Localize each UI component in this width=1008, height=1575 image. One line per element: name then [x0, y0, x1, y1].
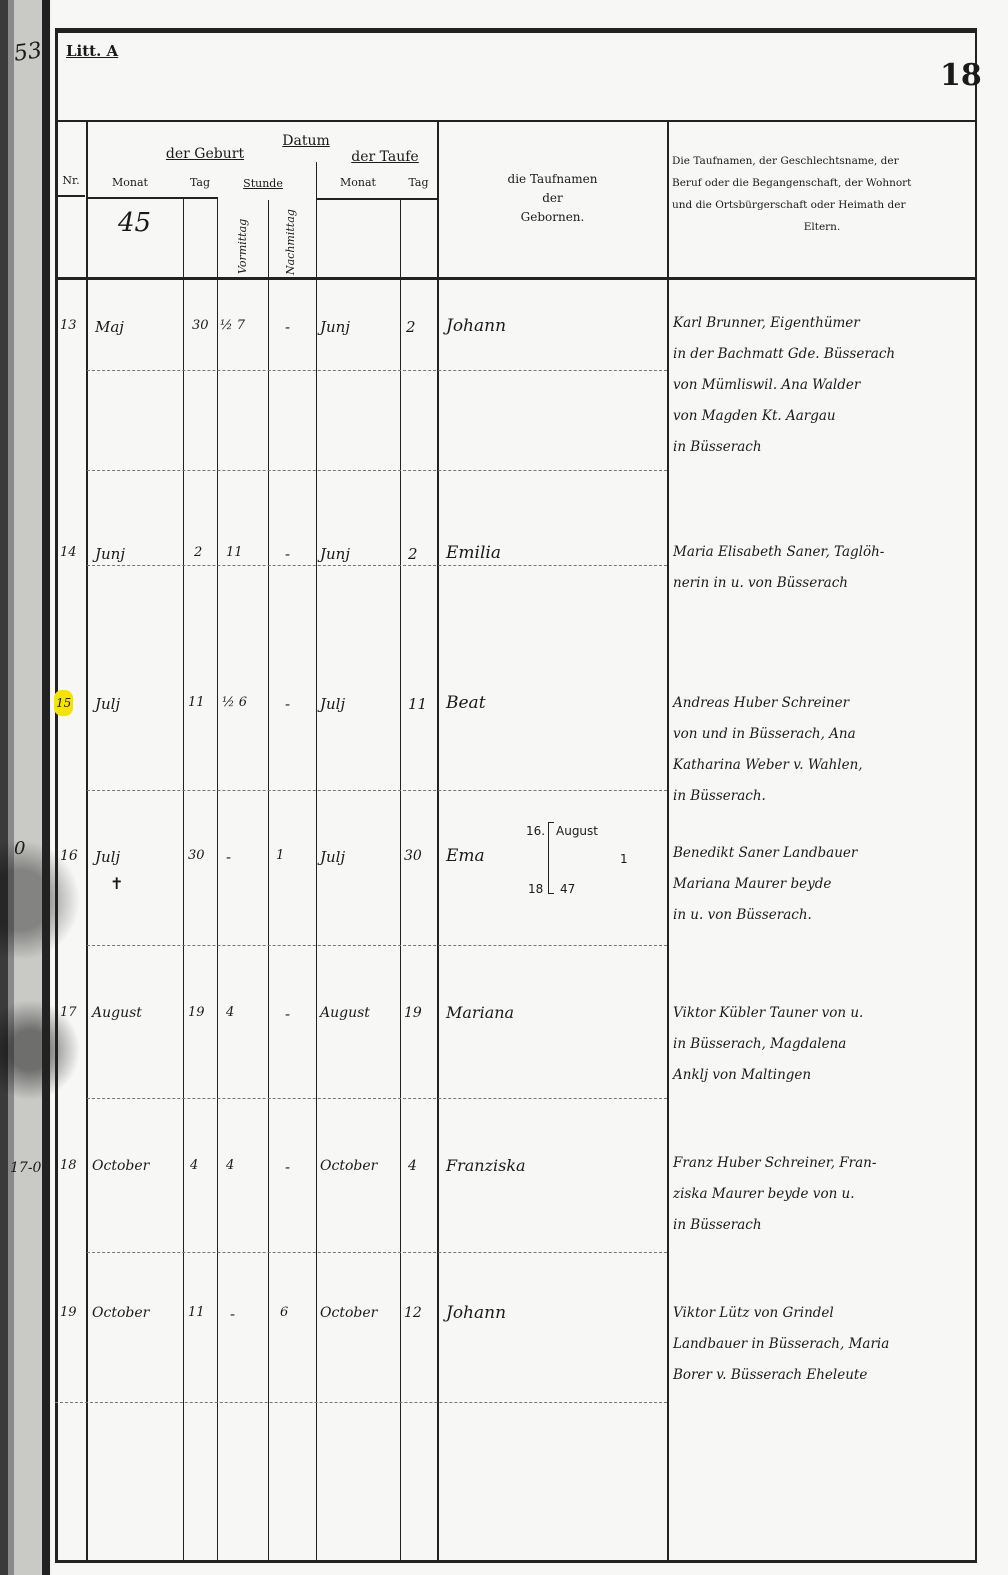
entry-birth-month: August — [92, 1005, 142, 1021]
parents-line: Viktor Lütz von Grindel — [673, 1298, 889, 1329]
binding-edge — [42, 0, 50, 1575]
parents-line: nerin in u. von Büsserach — [673, 568, 884, 599]
entry-name: Emilia — [446, 543, 501, 563]
col-line-taufe-monat — [400, 198, 401, 1562]
parents-line: Andreas Huber Schreiner — [673, 688, 863, 719]
header-taufe-monat: Monat — [316, 174, 400, 192]
litt-label: Litt. A — [66, 42, 118, 60]
entry-nr: 18 — [60, 1158, 77, 1173]
row-guide — [87, 565, 667, 566]
entry-birth-day: 11 — [188, 1305, 205, 1320]
parents-line: von Mümliswil. Ana Walder — [673, 370, 895, 401]
entry-nr-highlighted: 15 — [54, 690, 73, 716]
header-taufnamen-line: der — [440, 189, 665, 208]
geburt-sub-line — [87, 197, 217, 199]
entry-birth-month: October — [92, 1158, 149, 1174]
death-note-century: 18 — [528, 878, 543, 900]
parents-line: Katharina Weber v. Wahlen, — [673, 750, 863, 781]
parents-line: von und in Büsserach, Ana — [673, 719, 863, 750]
header-eltern-line: Eltern. — [672, 216, 972, 238]
entry-baptism-month: Julj — [320, 695, 345, 713]
entry-baptism-month: Junj — [320, 318, 350, 336]
entry-name: Ema — [446, 846, 485, 866]
entry-birth-month: October — [92, 1305, 149, 1321]
header-nr: Nr. — [57, 172, 85, 190]
header-bottom-line — [55, 277, 977, 280]
parents-line: in Büsserach, Magdalena — [673, 1029, 863, 1060]
row-guide — [87, 1252, 667, 1253]
entry-birth-month: Maj — [95, 318, 124, 336]
col-line-taufnamen — [667, 120, 669, 1562]
entry-birth-day: 4 — [190, 1158, 198, 1173]
parents-line: Karl Brunner, Eigenthümer — [673, 308, 895, 339]
death-note-month: August — [556, 820, 598, 842]
parents-line: von Magden Kt. Aargau — [673, 401, 895, 432]
entry-hour-pm: - — [285, 695, 290, 713]
entry-hour-am: ½ 6 — [222, 695, 247, 710]
entry-parents: Karl Brunner, Eigenthümer in der Bachmat… — [673, 308, 895, 463]
entry-baptism-month: Junj — [320, 545, 350, 563]
margin-note: 17-0 — [10, 1160, 41, 1176]
entry-birth-month: Julj — [95, 848, 120, 866]
entry-baptism-month: October — [320, 1305, 377, 1321]
entry-name: Johann — [446, 316, 506, 336]
parents-line: Landbauer in Büsserach, Maria — [673, 1329, 889, 1360]
row-guide — [87, 945, 667, 946]
entry-baptism-day: 30 — [404, 848, 422, 864]
entry-hour-am: ½ 7 — [220, 318, 245, 333]
page-number: 18 — [940, 58, 982, 93]
col-line-nr — [86, 120, 88, 1562]
entry-baptism-day: 12 — [404, 1305, 422, 1321]
entry-baptism-month: August — [320, 1005, 370, 1021]
entry-birth-month: Julj — [95, 695, 120, 713]
col-line-nachmittag — [316, 162, 317, 1562]
header-der-taufe: der Taufe — [335, 146, 435, 168]
entry-hour-pm: - — [285, 318, 290, 336]
parents-line: Viktor Kübler Tauner von u. — [673, 998, 863, 1029]
entry-birth-month: Junj — [95, 545, 125, 563]
header-datum: Datum — [266, 130, 346, 152]
parents-line: in der Bachmatt Gde. Büsserach — [673, 339, 895, 370]
row-guide — [87, 370, 667, 371]
entry-hour-pm: - — [285, 545, 290, 563]
entry-nr: 13 — [60, 318, 77, 333]
entry-baptism-day: 11 — [408, 695, 427, 713]
entry-hour-pm: - — [285, 1158, 290, 1176]
entry-hour-am: - — [226, 848, 231, 866]
header-eltern: Die Taufnamen, der Geschlechtsname, der … — [672, 150, 972, 238]
entry-baptism-day: 2 — [406, 318, 416, 336]
death-note-day: 16. — [526, 820, 545, 842]
entry-hour-am: 4 — [226, 1005, 234, 1020]
entry-baptism-day: 4 — [408, 1158, 417, 1174]
entry-baptism-month: Julj — [320, 848, 345, 866]
entry-baptism-day: 19 — [404, 1005, 422, 1021]
parents-line: Anklj von Maltingen — [673, 1060, 863, 1091]
col-line-taufe-tag — [437, 120, 439, 1562]
parents-line: Benedikt Saner Landbauer — [673, 838, 857, 869]
header-geburt-monat: Monat — [95, 174, 165, 192]
row-guide — [87, 1098, 667, 1099]
header-geburt-tag: Tag — [183, 174, 217, 192]
header-vormittag: Vormittag — [236, 200, 249, 274]
col-line-vormittag — [268, 200, 269, 1562]
entry-birth-day: 19 — [188, 1005, 205, 1020]
header-stunde: Stunde — [228, 175, 298, 193]
header-eltern-line: Beruf oder die Begangenschaft, der Wohno… — [672, 172, 972, 194]
entry-parents: Viktor Kübler Tauner von u. in Büsserach… — [673, 998, 863, 1091]
entry-name: Beat — [446, 693, 486, 713]
parents-line: Borer v. Büsserach Eheleute — [673, 1360, 889, 1391]
entry-birth-day: 2 — [194, 545, 202, 560]
entry-parents: Benedikt Saner Landbauer Mariana Maurer … — [673, 838, 857, 931]
entry-baptism-day: 2 — [408, 545, 418, 563]
entry-hour-am: 11 — [226, 545, 243, 560]
entry-hour-pm: 1 — [276, 848, 284, 863]
page-reference: 53 — [12, 38, 43, 67]
entry-hour-am: 4 — [226, 1158, 234, 1173]
register-page: 53 Litt. A 18 Nr. Datum der Geburt der T… — [0, 0, 1008, 1575]
cross-icon: ✝ — [110, 874, 123, 893]
entry-hour-pm: 6 — [280, 1305, 288, 1320]
table-top-line — [55, 120, 977, 122]
year-mark: 45 — [118, 208, 151, 238]
header-nachmittag: Nachmittag — [284, 195, 297, 275]
col-line-tag — [217, 197, 218, 1562]
row-guide — [87, 470, 667, 471]
entry-baptism-month: October — [320, 1158, 377, 1174]
parents-line: in Büsserach — [673, 1210, 876, 1241]
parents-line: Mariana Maurer beyde — [673, 869, 857, 900]
entry-nr: 16 — [60, 848, 78, 864]
entry-hour-pm: - — [285, 1005, 290, 1023]
header-eltern-line: und die Ortsbürgerschaft oder Heimath de… — [672, 194, 972, 216]
entry-nr: 14 — [60, 545, 77, 560]
death-note-mark: 1 — [620, 848, 628, 870]
entry-hour-am: - — [230, 1305, 235, 1323]
row-guide — [87, 790, 667, 791]
row-guide — [55, 1402, 667, 1403]
header-der-geburt: der Geburt — [140, 143, 270, 165]
header-taufnamen-line: die Taufnamen — [440, 170, 665, 189]
parents-line: ziska Maurer beyde von u. — [673, 1179, 876, 1210]
entry-parents: Franz Huber Schreiner, Fran- ziska Maure… — [673, 1148, 876, 1241]
entry-birth-day: 11 — [188, 695, 205, 710]
header-taufnamen-line: Gebornen. — [440, 208, 665, 227]
margin-note: 0 — [14, 838, 25, 859]
death-note-year: 47 — [560, 878, 575, 900]
entry-nr: 19 — [60, 1305, 77, 1320]
parents-line: in Büsserach — [673, 432, 895, 463]
entry-parents: Maria Elisabeth Saner, Taglöh- nerin in … — [673, 537, 884, 599]
entry-parents: Viktor Lütz von Grindel Landbauer in Büs… — [673, 1298, 889, 1391]
parents-line: Franz Huber Schreiner, Fran- — [673, 1148, 876, 1179]
header-taufnamen: die Taufnamen der Gebornen. — [440, 170, 665, 228]
parents-line: in Büsserach. — [673, 781, 863, 812]
entry-birth-day: 30 — [192, 318, 209, 333]
header-eltern-line: Die Taufnamen, der Geschlechtsname, der — [672, 150, 972, 172]
entry-name: Franziska — [446, 1156, 526, 1175]
entry-birth-day: 30 — [188, 848, 205, 863]
nr-sub-line — [55, 195, 85, 197]
header-taufe-tag: Tag — [400, 174, 437, 192]
entry-nr: 17 — [60, 1005, 77, 1020]
entry-name: Johann — [446, 1303, 506, 1323]
parents-line: Maria Elisabeth Saner, Taglöh- — [673, 537, 884, 568]
parents-line: in u. von Büsserach. — [673, 900, 857, 931]
entry-parents: Andreas Huber Schreiner von und in Büsse… — [673, 688, 863, 812]
taufe-sub-line — [316, 198, 437, 200]
col-line-monat — [183, 197, 184, 1562]
note-bracket — [548, 822, 554, 894]
entry-name: Mariana — [446, 1003, 514, 1022]
